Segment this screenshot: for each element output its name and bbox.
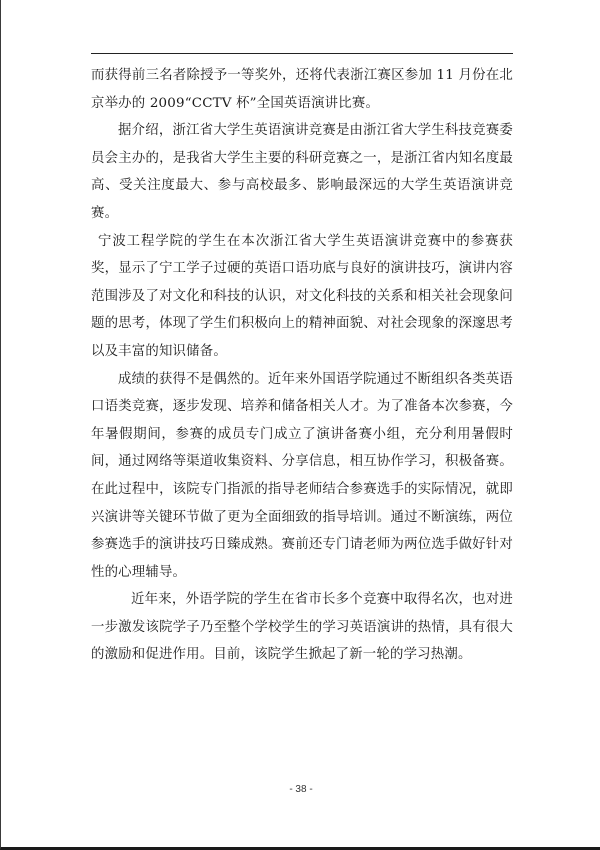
paragraph-2: 据介绍，浙江省大学生英语演讲竞赛是由浙江省大学生科技竞赛委员会主办的，是我省大学…: [91, 117, 513, 227]
paragraph-5: 近年来，外语学院的学生在省市长多个竞赛中取得名次，也对进一步激发该院学子乃至整个…: [91, 586, 513, 669]
document-body: 而获得前三名者除授予一等奖外，还将代表浙江赛区参加 11 月份在北京举办的 20…: [91, 62, 513, 669]
paragraph-1: 而获得前三名者除授予一等奖外，还将代表浙江赛区参加 11 月份在北京举办的 20…: [91, 62, 513, 117]
paragraph-4: 成绩的获得不是偶然的。近年来外国语学院通过不断组织各类英语口语类竞赛，逐步发现、…: [91, 366, 513, 587]
document-page: 而获得前三名者除授予一等奖外，还将代表浙江赛区参加 11 月份在北京举办的 20…: [0, 0, 600, 850]
paragraph-3: 宁波工程学院的学生在本次浙江省大学生英语演讲竞赛中的参赛获奖，显示了宁工学子过硬…: [91, 228, 513, 366]
header-rule: [91, 53, 513, 54]
page-number: - 38 -: [1, 784, 600, 795]
